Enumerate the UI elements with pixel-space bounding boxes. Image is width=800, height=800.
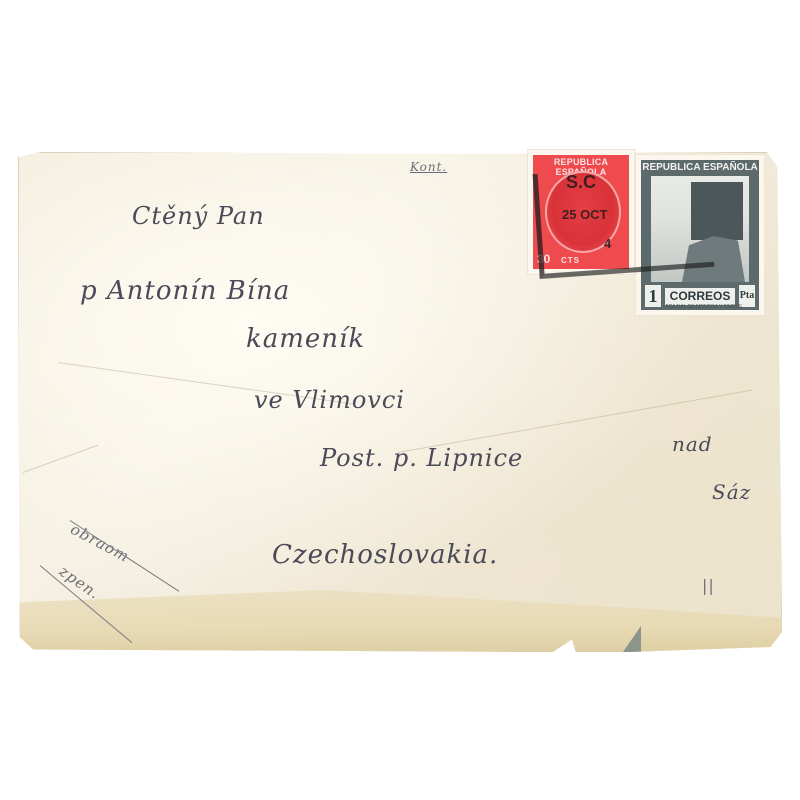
envelope-back-flap	[18, 590, 782, 652]
address-line-country: Czechoslovakia.	[272, 540, 498, 570]
corner-note: Kont.	[410, 160, 447, 174]
postmark-year: 4	[604, 236, 611, 251]
crease-line	[23, 445, 99, 473]
stamp-imprint: FCA NAL DE MONEDA Y TIMBRE	[640, 304, 768, 310]
address-note-saz: Sáz	[712, 480, 751, 504]
address-note-nad: nad	[672, 432, 713, 456]
address-line-name: p Antonín Bína	[80, 276, 290, 306]
address-line-salutation: Ctěný Pan	[132, 202, 265, 230]
address-line-post-office: Post. p. Lipnice	[320, 444, 523, 472]
postmark-date: 25 OCT	[562, 207, 608, 222]
address-line-occupation: kameník	[246, 324, 365, 354]
address-line-village: ve Vlimovci	[254, 386, 405, 414]
stamp-label: CORREOS	[665, 288, 735, 305]
postmark-place: S.C	[566, 172, 596, 193]
margin-marks: ||	[702, 576, 715, 595]
postmark-cancel	[533, 162, 715, 279]
